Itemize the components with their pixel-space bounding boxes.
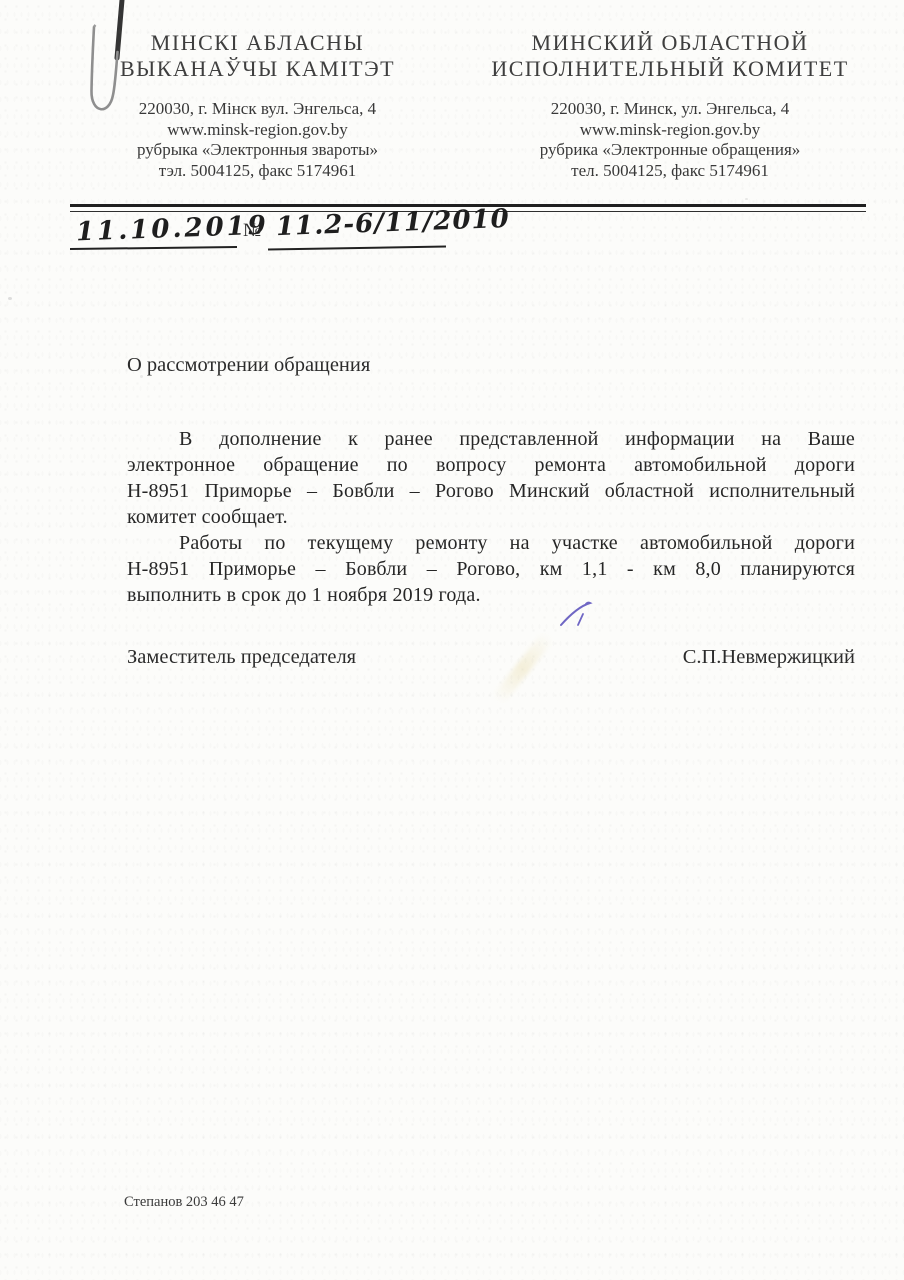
body-line: Н-8951 Приморье – Бовбли – Рогово, км 1,…	[127, 556, 855, 582]
pen-mark-icon	[560, 601, 596, 629]
org-name-by-line2: ВЫКАНАЎЧЫ КАМІТЭТ	[105, 56, 410, 82]
number-underline	[268, 245, 446, 250]
letterhead-russian: МИНСКИЙ ОБЛАСТНОЙ ИСПОЛНИТЕЛЬНЫЙ КОМИТЕТ…	[478, 30, 862, 181]
org-name-ru: МИНСКИЙ ОБЛАСТНОЙ ИСПОЛНИТЕЛЬНЫЙ КОМИТЕТ	[478, 30, 862, 82]
org-name-ru-line2: ИСПОЛНИТЕЛЬНЫЙ КОМИТЕТ	[478, 56, 862, 82]
body-line: В дополнение к ранее представленной инфо…	[127, 426, 855, 452]
scanned-letter-page: МІНСКІ АБЛАСНЫ ВЫКАНАЎЧЫ КАМІТЭТ 220030,…	[0, 0, 904, 1280]
org-name-ru-line1: МИНСКИЙ ОБЛАСТНОЙ	[478, 30, 862, 56]
org-address-by: 220030, г. Мінск вул. Энгельса, 4	[105, 99, 410, 120]
org-rubric-ru: рубрика «Электронные обращения»	[478, 140, 862, 161]
org-website-ru: www.minsk-region.gov.by	[478, 120, 862, 141]
body-line: выполнить в срок до 1 ноября 2019 года.	[127, 582, 855, 608]
org-website-by: www.minsk-region.gov.by	[105, 120, 410, 141]
signer-position: Заместитель председателя	[127, 646, 356, 669]
body-line: Работы по текущему ремонту на участке ав…	[127, 530, 855, 556]
scan-speck	[745, 198, 748, 200]
org-phone-by: тэл. 5004125, факс 5174961	[105, 161, 410, 182]
body-line: комитет сообщает.	[127, 504, 855, 530]
scan-speck	[140, 375, 143, 378]
handwritten-date: 11.10.2019	[76, 211, 270, 248]
letter-body: В дополнение к ранее представленной инфо…	[127, 426, 855, 608]
org-rubric-by: рубрыка «Электронныя звароты»	[105, 140, 410, 161]
signer-name: С.П.Невмержицкий	[683, 646, 855, 669]
subject-line: О рассмотрении обращения	[127, 354, 370, 377]
org-contacts-by: 220030, г. Мінск вул. Энгельса, 4 www.mi…	[105, 99, 410, 181]
org-address-ru: 220030, г. Минск, ул. Энгельса, 4	[478, 99, 862, 120]
number-sign: №	[243, 220, 261, 242]
executor-contact: Степанов 203 46 47	[124, 1194, 244, 1211]
signature-row: Заместитель председателя С.П.Невмержицки…	[127, 646, 855, 669]
letterhead-belarusian: МІНСКІ АБЛАСНЫ ВЫКАНАЎЧЫ КАМІТЭТ 220030,…	[105, 30, 410, 181]
org-name-by: МІНСКІ АБЛАСНЫ ВЫКАНАЎЧЫ КАМІТЭТ	[105, 30, 410, 82]
org-contacts-ru: 220030, г. Минск, ул. Энгельса, 4 www.mi…	[478, 99, 862, 181]
body-line: электронное обращение по вопросу ремонта…	[127, 452, 855, 478]
scan-speck	[8, 297, 12, 300]
body-line: Н-8951 Приморье – Бовбли – Рогово Мински…	[127, 478, 855, 504]
org-phone-ru: тел. 5004125, факс 5174961	[478, 161, 862, 182]
org-name-by-line1: МІНСКІ АБЛАСНЫ	[105, 30, 410, 56]
